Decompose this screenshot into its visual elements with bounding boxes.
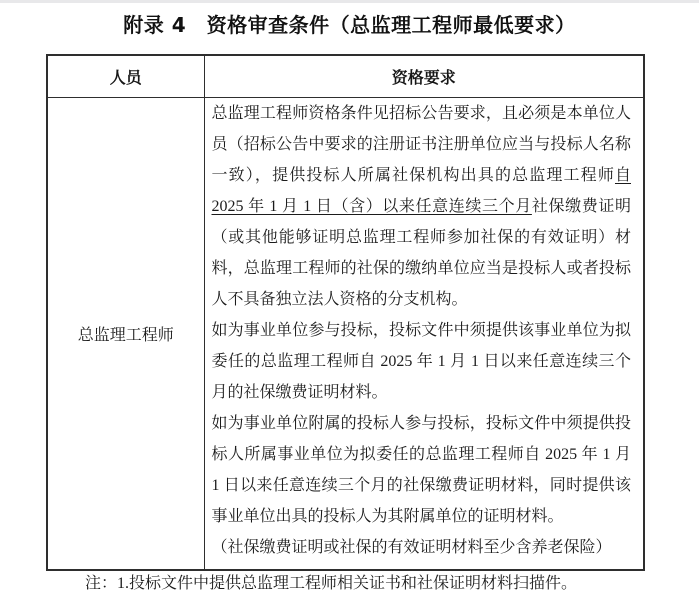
qualification-table: 人员 资格要求 总监理工程师 总监理工程师资格条件见招标公告要求，且必须是本单位… bbox=[46, 54, 645, 571]
cell-personnel: 总监理工程师 bbox=[47, 98, 204, 571]
document-page: 附录 4 资格审查条件（总监理工程师最低要求） 人员 资格要求 总监理工程师 总… bbox=[0, 0, 699, 598]
paragraph-1-text-before: 总监理工程师资格条件见招标公告要求，且必须是本单位人员（招标公告中要求的注册证书… bbox=[212, 105, 632, 184]
column-header-personnel: 人员 bbox=[47, 55, 204, 98]
footnote: 注：1.投标文件中提供总监理工程师相关证书和社保证明材料扫描件。 bbox=[85, 570, 577, 593]
requirement-paragraph-3: 如为事业单位附属的投标人参与投标，投标文件中须提供投标人所属事业单位为拟委任的总… bbox=[212, 408, 632, 532]
column-header-requirements: 资格要求 bbox=[204, 55, 644, 98]
table-row: 总监理工程师 总监理工程师资格条件见招标公告要求，且必须是本单位人员（招标公告中… bbox=[47, 98, 644, 571]
cell-requirements: 总监理工程师资格条件见招标公告要求，且必须是本单位人员（招标公告中要求的注册证书… bbox=[204, 98, 644, 571]
requirement-paragraph-2: 如为事业单位参与投标，投标文件中须提供该事业单位为拟委任的总监理工程师自 202… bbox=[212, 315, 632, 408]
table-header-row: 人员 资格要求 bbox=[47, 55, 644, 98]
requirement-paragraph-1: 总监理工程师资格条件见招标公告要求，且必须是本单位人员（招标公告中要求的注册证书… bbox=[212, 98, 632, 315]
requirement-paragraph-4: （社保缴费证明或社保的有效证明材料至少含养老保险） bbox=[212, 532, 632, 563]
page-title: 附录 4 资格审查条件（总监理工程师最低要求） bbox=[0, 9, 699, 38]
window-top-strip bbox=[0, 0, 699, 3]
